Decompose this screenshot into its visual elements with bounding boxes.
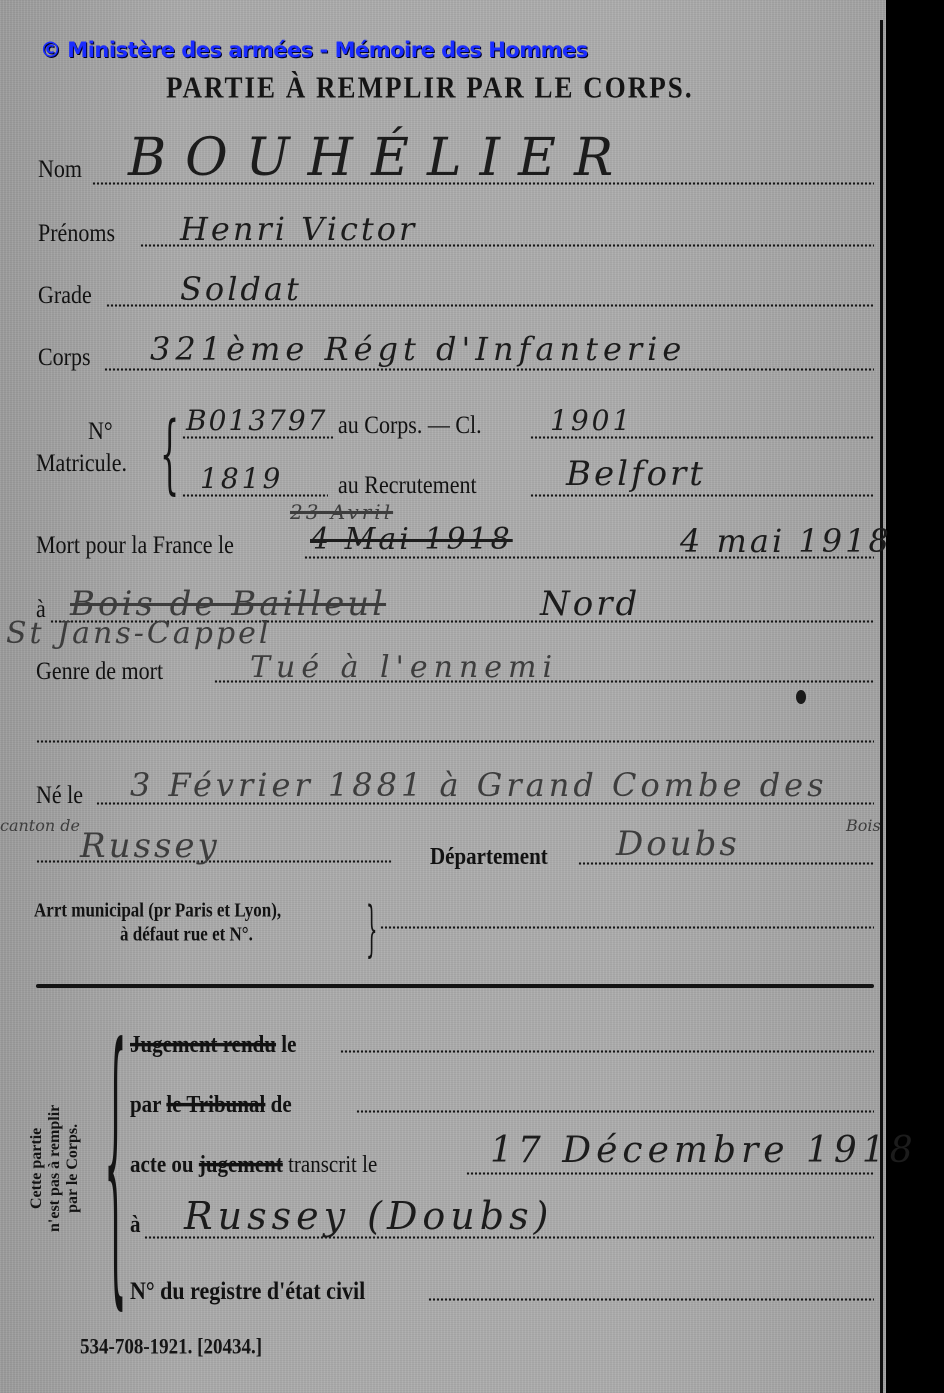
card-border — [880, 20, 883, 1393]
recrutement-value: Belfort — [566, 454, 706, 494]
canton-value: Russey — [80, 826, 220, 866]
prenoms-label: Prénoms — [38, 218, 115, 248]
lieu-mort-value: Nord — [540, 584, 640, 624]
acte-line — [466, 1172, 874, 1175]
copyright-watermark: © Ministère des armées - Mémoire des Hom… — [40, 38, 588, 62]
departement-label: Département — [430, 842, 548, 871]
nom-value: BOUHÉLIER — [128, 128, 631, 188]
genre-mort-value: Tué à l'ennemi — [250, 650, 558, 685]
corps-label: Corps — [38, 342, 91, 372]
acte-label: acte ou jugement transcrit le — [130, 1150, 377, 1179]
blank-line — [36, 740, 874, 743]
arrondissement-label-1: Arrt municipal (pr Paris et Lyon), — [34, 899, 281, 922]
no-label: N° — [88, 416, 113, 446]
au-corps-label: au Corps. — Cl. — [338, 410, 482, 440]
lieu-mort-correction: St Jans-Cappel — [6, 616, 272, 651]
jugement-line — [340, 1050, 874, 1053]
registre-label: N° du registre d'état civil — [130, 1276, 365, 1306]
side-note-line-3: par le Corps. — [64, 1105, 82, 1232]
side-note-line-1: Cette partie — [28, 1105, 46, 1232]
side-note-line-2: n'est pas à remplir — [46, 1105, 64, 1232]
canton-note: canton de — [0, 816, 80, 835]
corps-value: 321ème Régt d'Infanterie — [150, 330, 686, 368]
au-recrutement-label: au Recrutement — [338, 470, 477, 500]
transcription-lieu-label: à — [130, 1210, 141, 1239]
corps-line — [104, 368, 874, 371]
nom-label: Nom — [38, 154, 82, 184]
naissance-label: Né le — [36, 780, 83, 810]
tribunal-line — [356, 1110, 874, 1113]
transcription-brace: { — [104, 1010, 127, 1310]
record-card: © Ministère des armées - Mémoire des Hom… — [0, 0, 886, 1393]
naissance-value: 3 Février 1881 à Grand Combe des — [130, 766, 828, 804]
genre-mort-label: Genre de mort — [36, 656, 163, 686]
matricule-corps-value: B013797 — [186, 404, 327, 437]
naissance-continuation: Bois — [846, 816, 881, 835]
grade-value: Soldat — [180, 270, 302, 308]
classe-value: 1901 — [550, 404, 633, 437]
mort-struck-date: 23 Avril — [290, 500, 393, 524]
arrondissement-brace: } — [366, 894, 377, 964]
arrondissement-label-2: à défaut rue et N°. — [120, 923, 253, 946]
recrutement-number-value: 1819 — [200, 462, 283, 495]
jugement-label: Jugement rendu le — [130, 1030, 296, 1059]
form-title: PARTIE À REMPLIR PAR LE CORPS. — [166, 70, 694, 106]
tribunal-label: par le Tribunal de — [130, 1090, 292, 1119]
grade-label: Grade — [38, 280, 92, 310]
form-print-code: 534-708-1921. [20434.] — [80, 1335, 262, 1360]
acte-value: 17 Décembre 1918 — [490, 1130, 918, 1171]
matricule-label: Matricule. — [36, 448, 127, 478]
mort-label: Mort pour la France le — [36, 530, 234, 560]
prenoms-value: Henri Victor — [180, 210, 417, 248]
matricule-brace: { — [160, 404, 179, 504]
ink-blot — [796, 690, 806, 704]
section-divider — [36, 984, 874, 988]
registre-line — [428, 1298, 874, 1301]
side-note: Cette partie n'est pas à remplir par le … — [28, 1105, 82, 1232]
recrutement-line — [530, 494, 874, 497]
mort-struck-value: 4 Mai 1918 — [310, 522, 513, 557]
arrondissement-line — [380, 926, 874, 929]
departement-value: Doubs — [616, 824, 740, 864]
mort-value: 4 mai 1918 — [680, 522, 892, 560]
transcription-lieu-value: Russey (Doubs) — [184, 1194, 553, 1238]
